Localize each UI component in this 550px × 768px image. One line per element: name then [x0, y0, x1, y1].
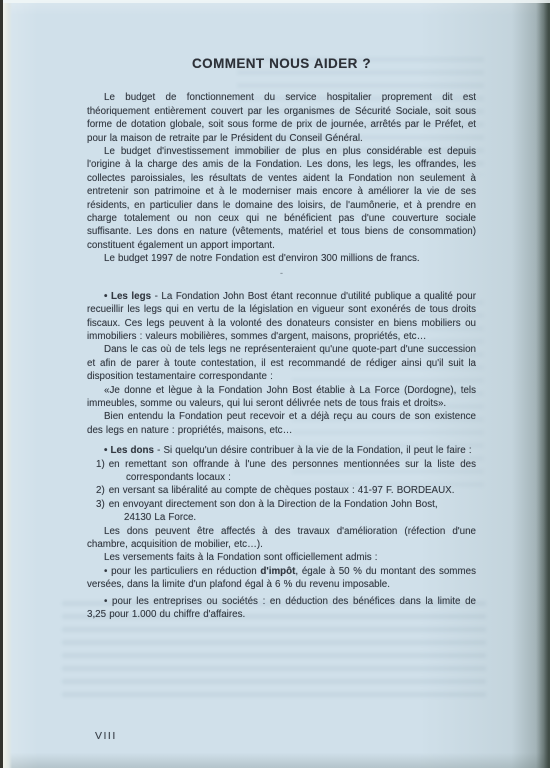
paragraph-legs-en-nature: Bien entendu la Fondation peut recevoir …: [87, 410, 476, 437]
list-item-3-number: 3): [96, 499, 109, 510]
page-number: VIII: [95, 730, 117, 742]
list-item-3: 3)en envoyant directement son don à la D…: [96, 498, 476, 511]
paragraph-les-legs: • Les legs - La Fondation John Bost étan…: [87, 290, 476, 344]
scan-top-edge: [3, 0, 550, 3]
page-left-white-edge: [3, 0, 12, 768]
paragraph-entreprises-deduction: • pour les entreprises ou sociétés : en …: [87, 595, 476, 622]
reduction-impot-pre: • pour les particuliers en réduction: [104, 566, 260, 577]
page-content: COMMENT NOUS AIDER ? Le budget de foncti…: [87, 0, 476, 621]
paragraph-reduction-impot: • pour les particuliers en réduction d'i…: [87, 565, 476, 592]
scan-right-spine-shadow: [536, 0, 550, 768]
impot-bold: d'impôt: [260, 566, 295, 577]
les-legs-label: • Les legs: [104, 291, 151, 302]
paragraph-budget-investissement: Le budget d'investissement immobilier de…: [87, 145, 476, 252]
page-title: COMMENT NOUS AIDER ?: [87, 57, 476, 70]
paragraph-les-dons: • Les dons - Si quelqu'un désire contrib…: [87, 444, 476, 457]
list-item-1-text: en remettant son offrande à l'une des pe…: [109, 459, 476, 483]
list-item-3-text: en envoyant directement son don à la Dir…: [109, 499, 438, 510]
list-item-1: 1)en remettant son offrande à l'une des …: [96, 458, 476, 485]
list-item-2: 2)en versant sa libéralité au compte de …: [96, 484, 476, 497]
paragraph-budget-fonctionnement: Le budget de fonctionnement du service h…: [87, 91, 476, 145]
les-dons-text: - Si quelqu'un désire contribuer à la vi…: [154, 445, 472, 456]
paragraph-affectation-dons: Les dons peuvent être affectés à des tra…: [87, 525, 476, 552]
paragraph-citation-testament: «Je donne et lègue à la Fondation John B…: [87, 384, 476, 411]
list-item-1-number: 1): [96, 459, 109, 470]
list-item-3-address: 24130 La Force.: [124, 511, 476, 524]
les-dons-label: • Les dons: [104, 445, 154, 456]
section-separator-dash: -: [87, 269, 476, 278]
paragraph-budget-1997: Le budget 1997 de notre Fondation est d'…: [87, 252, 476, 265]
paragraph-versements-admis: Les versements faits à la Fondation sont…: [87, 551, 476, 564]
paragraph-quote-part: Dans le cas où de tels legs ne représent…: [87, 343, 476, 383]
list-item-2-number: 2): [96, 485, 109, 496]
list-item-2-text: en versant sa libéralité au compte de ch…: [109, 485, 455, 496]
scanned-book-page: COMMENT NOUS AIDER ? Le budget de foncti…: [0, 0, 550, 768]
